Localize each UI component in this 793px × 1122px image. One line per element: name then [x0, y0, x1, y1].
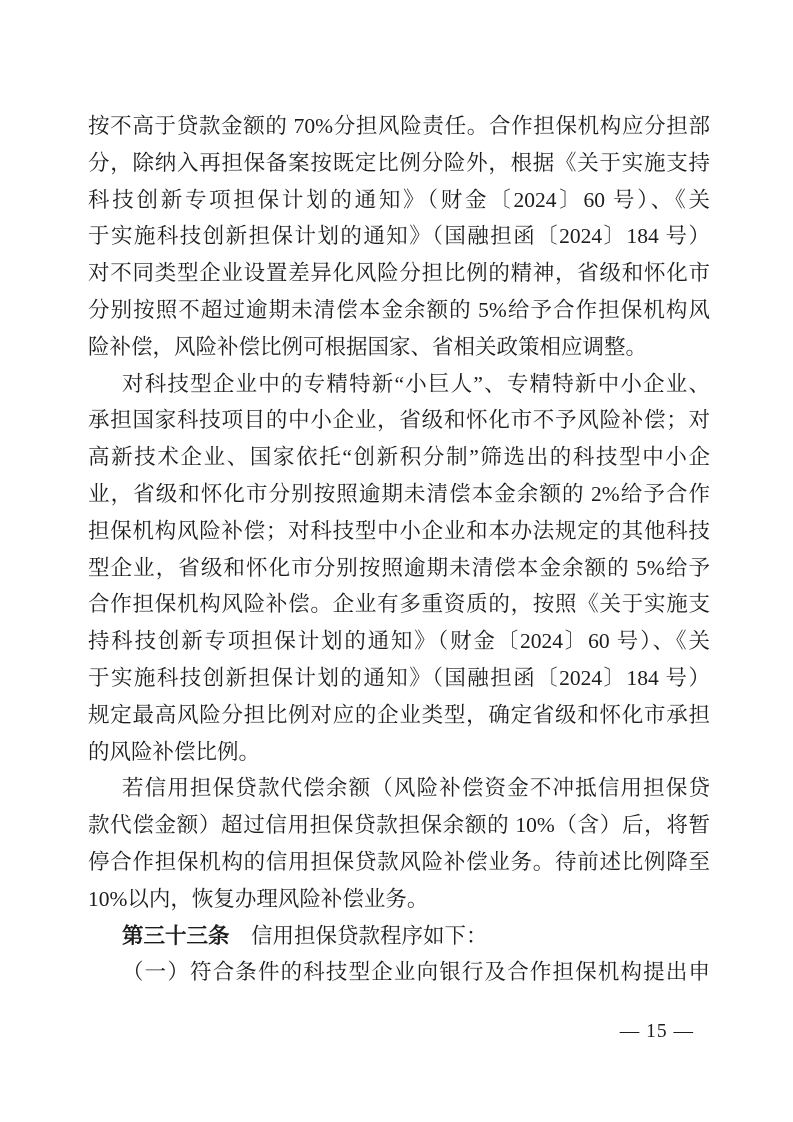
text-line: 规定最高风险分担比例对应的企业类型，确定省级和怀化市承担 [88, 697, 710, 734]
text-line: 若信用担保贷款代偿余额（风险补偿资金不冲抵信用担保贷 [88, 770, 710, 807]
paragraph: 对科技型企业中的专精特新“小巨人”、专精特新中小企业、承担国家科技项目的中小企业… [88, 366, 710, 771]
page-number: — 15 — [620, 1020, 694, 1044]
document-body-text: 按不高于贷款金额的 70%分担风险责任。合作担保机构应分担部分，除纳入再担保备案… [88, 108, 710, 991]
paragraph: 按不高于贷款金额的 70%分担风险责任。合作担保机构应分担部分，除纳入再担保备案… [88, 108, 710, 366]
article-number-heading: 第三十三条 [122, 924, 230, 948]
text-line: 持科技创新专项担保计划的通知》（财金〔2024〕60 号）、《关 [88, 623, 710, 660]
text-line: 10%以内，恢复办理风险补偿业务。 [88, 881, 710, 918]
text-line: 分别按照不超过逾期未清偿本金余额的 5%给予合作担保机构风 [88, 292, 710, 329]
text-line: 停合作担保机构的信用担保贷款风险补偿业务。待前述比例降至 [88, 844, 710, 881]
text-line: 分，除纳入再担保备案按既定比例分险外，根据《关于实施支持 [88, 145, 710, 182]
text-line: 型企业，省级和怀化市分别按照逾期未清偿本金余额的 5%给予 [88, 550, 710, 587]
text-line: 承担国家科技项目的中小企业，省级和怀化市不予风险补偿；对 [88, 402, 710, 439]
text-line: 业，省级和怀化市分别按照逾期未清偿本金余额的 2%给予合作 [88, 476, 710, 513]
text-line: 于实施科技创新担保计划的通知》（国融担函〔2024〕184 号） [88, 660, 710, 697]
paragraph: 若信用担保贷款代偿余额（风险补偿资金不冲抵信用担保贷款代偿金额）超过信用担保贷款… [88, 770, 710, 917]
text-line: 科技创新专项担保计划的通知》（财金〔2024〕60 号）、《关 [88, 182, 710, 219]
text-line: 险补偿，风险补偿比例可根据国家、省相关政策相应调整。 [88, 329, 710, 366]
document-page: 按不高于贷款金额的 70%分担风险责任。合作担保机构应分担部分，除纳入再担保备案… [0, 0, 793, 1122]
text-line: 第三十三条 信用担保贷款程序如下： [88, 918, 710, 955]
text-line: （一）符合条件的科技型企业向银行及合作担保机构提出申 [88, 954, 710, 991]
text-line: 对不同类型企业设置差异化风险分担比例的精神，省级和怀化市 [88, 255, 710, 292]
text-line: 合作担保机构风险补偿。企业有多重资质的，按照《关于实施支 [88, 586, 710, 623]
text-line: 款代偿金额）超过信用担保贷款担保余额的 10%（含）后，将暂 [88, 807, 710, 844]
text-line: 的风险补偿比例。 [88, 734, 710, 771]
text-line: 于实施科技创新担保计划的通知》（国融担函〔2024〕184 号） [88, 218, 710, 255]
paragraph: （一）符合条件的科技型企业向银行及合作担保机构提出申 [88, 954, 710, 991]
text-line: 高新技术企业、国家依托“创新积分制”筛选出的科技型中小企 [88, 439, 710, 476]
text-line: 对科技型企业中的专精特新“小巨人”、专精特新中小企业、 [88, 366, 710, 403]
paragraph: 第三十三条 信用担保贷款程序如下： [88, 918, 710, 955]
text-line: 担保机构风险补偿；对科技型中小企业和本办法规定的其他科技 [88, 513, 710, 550]
text-line: 按不高于贷款金额的 70%分担风险责任。合作担保机构应分担部 [88, 108, 710, 145]
